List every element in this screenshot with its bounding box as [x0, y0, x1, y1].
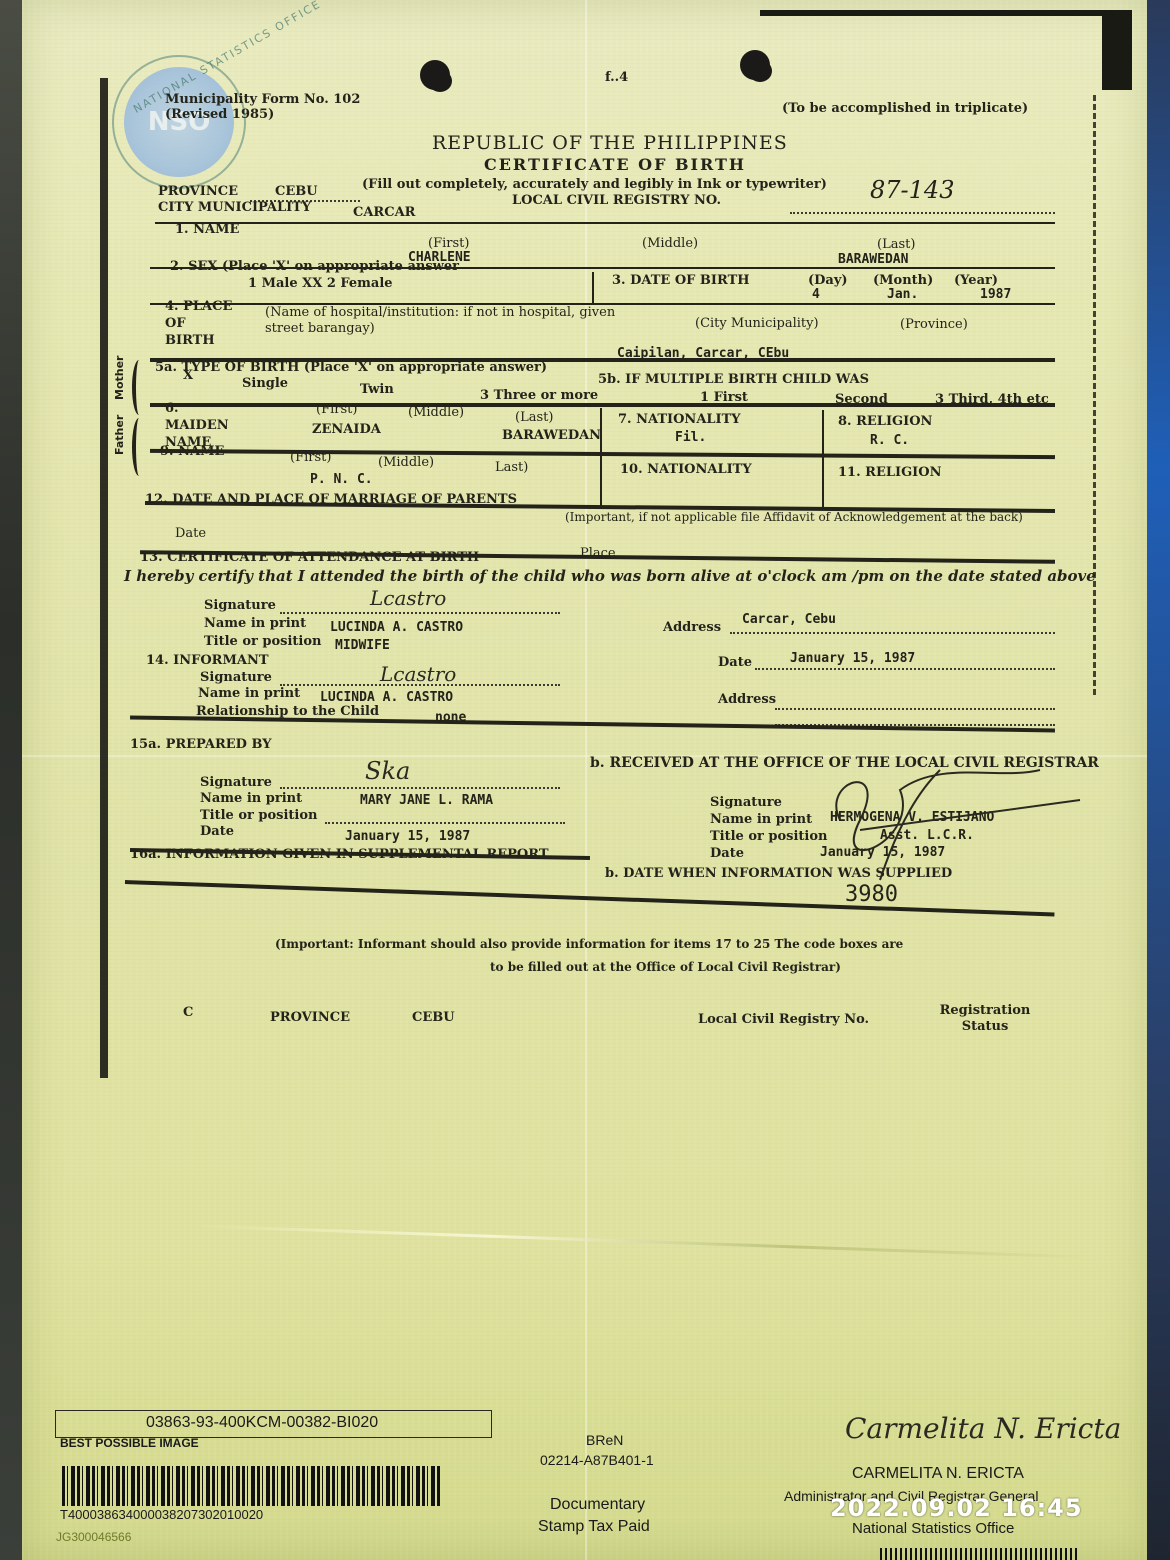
informant-signature-label: Signature — [200, 670, 272, 685]
marriage-date-label: Date — [175, 526, 206, 541]
prepared-by-label: 15a. PREPARED BY — [130, 737, 272, 752]
dob-month: Jan. — [887, 287, 918, 302]
signatory-name: CARMELITA N. ERICTA — [852, 1465, 1024, 1483]
footer-note-line2: to be filled out at the Office of Local … — [490, 960, 841, 974]
marriage-label: 12. DATE AND PLACE OF MARRIAGE OF PARENT… — [145, 492, 517, 507]
footer-province-value: CEBU — [412, 1010, 455, 1025]
mother-bracket — [132, 360, 146, 415]
punch-hole-icon — [428, 70, 452, 92]
sex-options: 1 Male XX 2 Female — [248, 276, 393, 291]
form-number: Municipality Form No. 102 — [165, 92, 360, 107]
form-border — [1093, 95, 1096, 695]
top-mark: f..4 — [605, 70, 628, 85]
birth-type-option: 3 Three or more — [480, 388, 598, 403]
father-first-caption: (First) — [290, 450, 331, 465]
reference-number: 03863-93-400KCM-00382-BI020 — [146, 1414, 378, 1432]
attendance-title: MIDWIFE — [335, 638, 390, 653]
father-side-label: Father — [113, 415, 126, 455]
reference-number-box: 03863-93-400KCM-00382-BI020 — [55, 1410, 492, 1438]
barcode-icon — [880, 1548, 1080, 1560]
dob-year-caption: (Year) — [954, 273, 998, 288]
informant-name-label: Name in print — [198, 686, 300, 701]
dob-day: 4 — [812, 287, 820, 302]
father-religion-label: 11. RELIGION — [838, 465, 941, 480]
nso-seal-icon: NSO — [112, 55, 246, 189]
supplemental-date-label: b. DATE WHEN INFORMATION WAS SUPPLIED — [605, 866, 952, 881]
bren-label: BReN — [586, 1432, 623, 1448]
mother-nationality-label: 7. NATIONALITY — [618, 412, 741, 427]
certificate-title: CERTIFICATE OF BIRTH — [484, 155, 746, 174]
dob-month-caption: (Month) — [873, 273, 933, 288]
registry-no-label: LOCAL CIVIL REGISTRY NO. — [512, 193, 721, 208]
footer-registration-status: Registration Status — [935, 1003, 1035, 1035]
prepared-signature: Ska — [365, 757, 410, 785]
barcode-icon — [62, 1466, 442, 1506]
signatory-office: National Statistics Office — [852, 1520, 1014, 1537]
prepared-signature-label: Signature — [200, 775, 272, 790]
sex-label: 2. SEX (Place 'X' on appropriate answer — [170, 259, 459, 274]
multiple-birth-label: 5b. IF MULTIPLE BIRTH CHILD WAS — [598, 372, 869, 387]
fold-line — [585, 0, 587, 1560]
attendance-date-label: Date — [718, 655, 752, 670]
informant-signature: Lcastro — [380, 662, 456, 686]
birth-type-label: 5a. TYPE OF BIRTH (Place 'X' on appropri… — [155, 360, 547, 375]
prepared-date-label: Date — [200, 824, 234, 839]
mother-last-caption: (Last) — [515, 410, 553, 425]
father-name-label: 9. NAME — [160, 444, 224, 459]
stamp-tax-line1: Documentary — [550, 1496, 645, 1514]
footer-note-line1: (Important: Informant should also provid… — [275, 937, 903, 951]
mother-religion-label: 8. RELIGION — [838, 414, 932, 429]
supplemental-number: 3980 — [845, 882, 898, 907]
republic-heading: REPUBLIC OF THE PHILIPPINES — [432, 132, 788, 154]
birth-type-option: Single — [242, 376, 288, 391]
mother-religion: R. C. — [870, 433, 909, 448]
attendance-name: LUCINDA A. CASTRO — [330, 620, 463, 635]
pob-hint: (Name of hospital/institution: if not in… — [265, 305, 645, 337]
attendance-address-label: Address — [663, 620, 721, 635]
prepared-name: MARY JANE L. RAMA — [360, 793, 493, 808]
province-label: PROVINCE — [158, 184, 238, 199]
father-name: P. N. C. — [310, 472, 373, 487]
last-name-caption: (Last) — [877, 237, 915, 252]
father-middle-caption: (Middle) — [378, 455, 434, 470]
attendance-address: Carcar, Cebu — [742, 612, 836, 627]
mother-side-label: Mother — [113, 356, 126, 400]
received-date-label: Date — [710, 846, 744, 861]
fill-instruction: (Fill out completely, accurately and leg… — [362, 177, 827, 192]
barcode-number: T400038634000038207302010020 — [60, 1507, 263, 1522]
father-bracket — [132, 418, 146, 476]
punch-hole-icon — [748, 60, 772, 82]
informant-name: LUCINDA A. CASTRO — [320, 690, 453, 705]
middle-name-caption: (Middle) — [642, 236, 698, 251]
dob-day-caption: (Day) — [808, 273, 848, 288]
code-c: C — [183, 1005, 193, 1020]
bren-value: 02214-A87B401-1 — [540, 1452, 654, 1468]
birth-type-mark: X — [183, 368, 193, 383]
attendance-statement: I hereby certify that I attended the bir… — [124, 567, 1096, 585]
city-municipality-label: CITY MUNICIPALITY — [158, 200, 311, 215]
informant-label: 14. INFORMANT — [146, 653, 269, 668]
triplicate-note: (To be accomplished in triplicate) — [782, 101, 1028, 116]
city-municipality-value: CARCAR — [353, 205, 415, 220]
best-possible-image: BEST POSSIBLE IMAGE — [60, 1436, 199, 1450]
form-border — [760, 10, 1115, 16]
mother-first-name: ZENAIDA — [312, 422, 381, 437]
attendance-label: 13. CERTIFICATE OF ATTENDANCE AT BIRTH — [140, 550, 479, 565]
prepared-name-label: Name in print — [200, 791, 302, 806]
signatory-signature: Carmelita N. Ericta — [845, 1412, 1121, 1445]
pob-label: 4. PLACE OF BIRTH — [165, 298, 235, 349]
serial-number: JG300046566 — [56, 1530, 131, 1544]
received-signature-label: Signature — [710, 795, 782, 810]
pob-province-caption: (Province) — [900, 317, 968, 332]
first-name-caption: (First) — [428, 236, 469, 251]
form-border — [1102, 10, 1132, 90]
name-label: 1. NAME — [175, 222, 239, 237]
form-border — [100, 78, 108, 1078]
mother-nationality: Fil. — [675, 430, 706, 445]
mother-last-name: BARAWEDAN — [502, 428, 601, 443]
province-value: CEBU — [275, 184, 318, 199]
marriage-note: (Important, if not applicable file Affid… — [565, 510, 1023, 524]
received-name-label: Name in print — [710, 812, 812, 827]
father-nationality-label: 10. NATIONALITY — [620, 462, 752, 477]
prepared-date: January 15, 1987 — [345, 829, 470, 844]
footer-registry-label: Local Civil Registry No. — [698, 1012, 869, 1027]
mother-middle-caption: (Middle) — [408, 405, 464, 420]
attendance-title-label: Title or position — [204, 634, 321, 649]
supplemental-label: 16a. INFORMATION GIVEN IN SUPPLEMENTAL R… — [130, 847, 549, 862]
registry-no-value: 87-143 — [870, 176, 954, 204]
attendance-signature: Lcastro — [370, 586, 446, 610]
footer-province-label: PROVINCE — [270, 1010, 350, 1025]
attendance-name-label: Name in print — [204, 616, 306, 631]
father-last-caption: Last) — [495, 460, 528, 475]
photo-timestamp: 2022.09.02 16:45 — [830, 1494, 1083, 1522]
mother-first-caption: (First) — [316, 402, 357, 417]
child-last-name: BARAWEDAN — [838, 252, 908, 267]
dob-label: 3. DATE OF BIRTH — [612, 273, 750, 288]
attendance-date: January 15, 1987 — [790, 651, 915, 666]
prepared-title-label: Title or position — [200, 808, 317, 823]
dob-year: 1987 — [980, 287, 1011, 302]
birth-type-option: Twin — [360, 382, 394, 397]
divider — [155, 222, 1055, 224]
form-revised: (Revised 1985) — [165, 107, 274, 122]
informant-address-label: Address — [718, 692, 776, 707]
attendance-signature-label: Signature — [204, 598, 276, 613]
pob-city-caption: (City Municipality) — [695, 316, 819, 331]
stamp-tax-line2: Stamp Tax Paid — [538, 1518, 650, 1536]
